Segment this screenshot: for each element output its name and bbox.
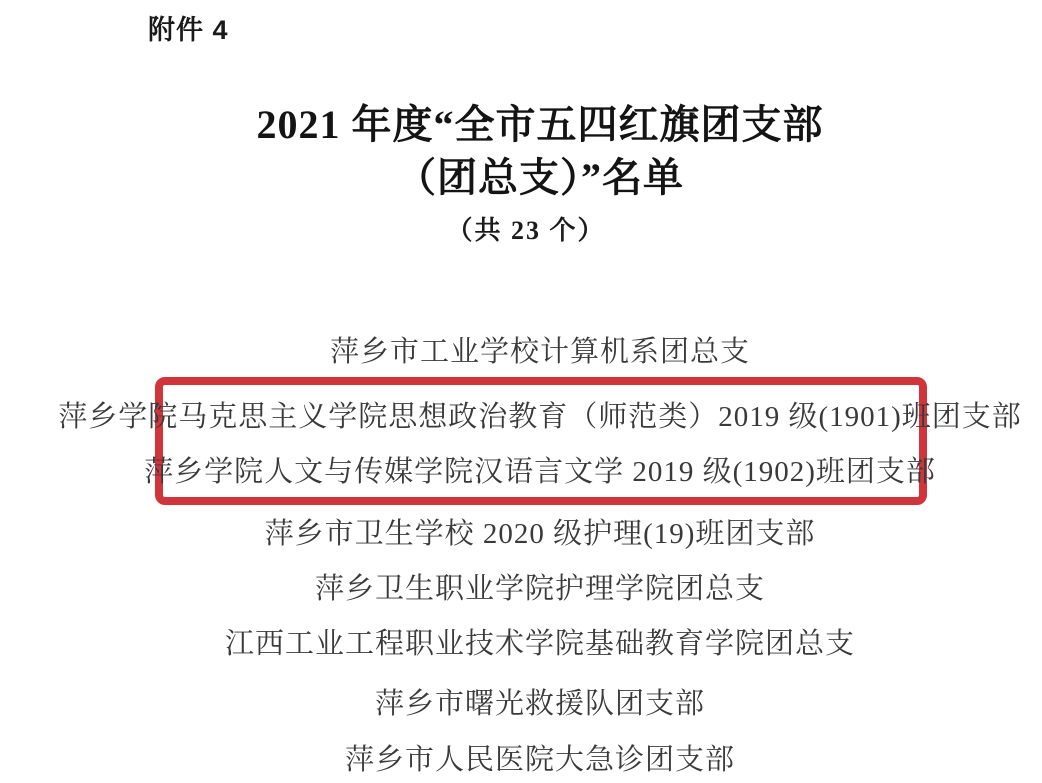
list-item: 江西工业工程职业技术学院基础教育学院团总支 [38,621,1042,662]
list-item: 萍乡市曙光救援队团支部 [38,681,1042,722]
list-item-highlighted: 萍乡学院马克思主义学院思想政治教育（师范类）2019 级(1901)班团支部 [38,394,1042,435]
list-item: 萍乡市卫生学校 2020 级护理(19)班团支部 [38,511,1042,552]
list-item: 萍乡卫生职业学院护理学院团总支 [38,566,1042,607]
document-page: 附件 4 2021 年度“全市五四红旗团支部 （团总支）”名单 （共 23 个）… [0,0,1042,783]
list-item: 萍乡市人民医院大急诊团支部 [38,737,1042,778]
organization-list: 萍乡市工业学校计算机系团总支 萍乡学院马克思主义学院思想政治教育（师范类）201… [38,0,1042,783]
list-item-highlighted: 萍乡学院人文与传媒学院汉语言文学 2019 级(1902)班团支部 [38,449,1042,490]
list-item: 萍乡市工业学校计算机系团总支 [38,329,1042,370]
